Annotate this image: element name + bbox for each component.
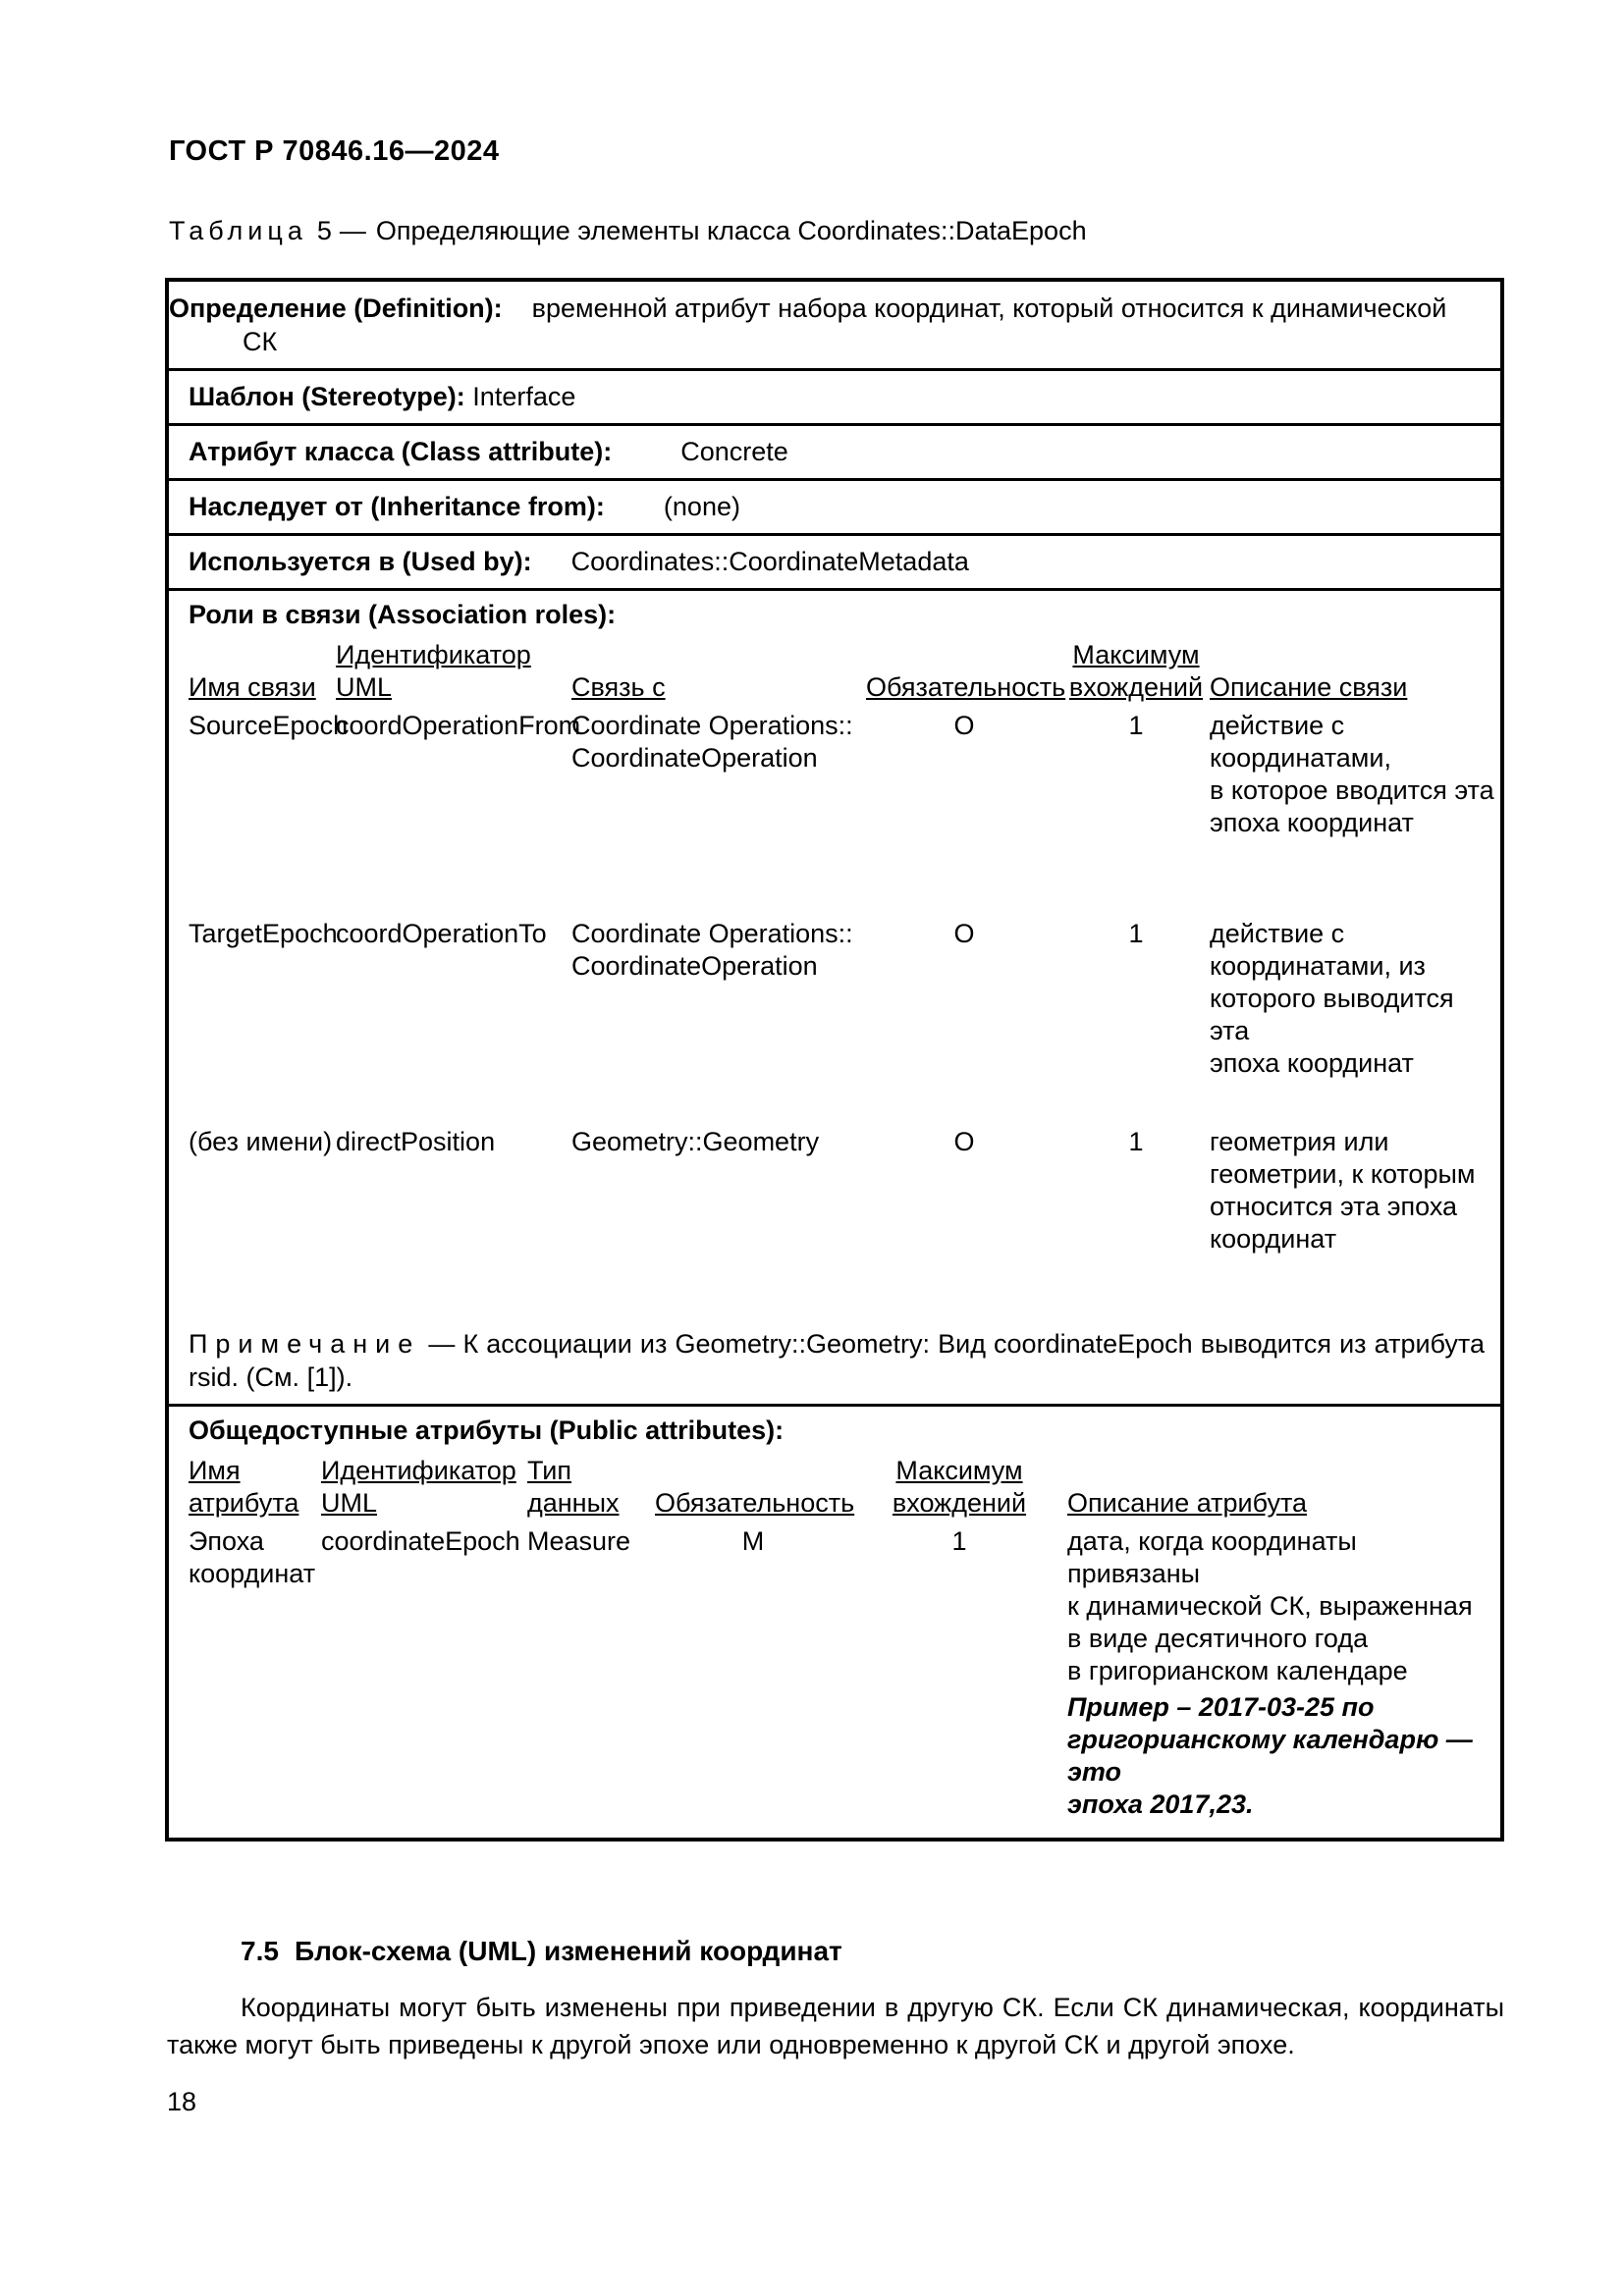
table-caption: Таблица5—Определяющие элементы класса Co… <box>169 216 1087 246</box>
assoc-row-obligation: O <box>866 918 1062 1114</box>
assoc-row-desc: действие с координатами, из которого выв… <box>1210 918 1494 1114</box>
stereotype-value: Interface <box>472 382 575 411</box>
attr-row-desc: дата, когда координаты привязаны к динам… <box>1067 1525 1494 1687</box>
assoc-row-desc: геометрия или геометрии, к которым относ… <box>1210 1126 1494 1283</box>
page-number: 18 <box>167 2087 196 2117</box>
association-header-row: Имя связи Идентификатор UML Связь с Обяз… <box>189 639 1487 704</box>
attributes-section: Общедоступные атрибуты (Public attribute… <box>169 1404 1500 1838</box>
stereotype-label: Шаблон (Stereotype): <box>189 382 465 411</box>
used-by-value: Coordinates::CoordinateMetadata <box>571 547 969 576</box>
assoc-row-name: SourceEpoch <box>189 710 336 906</box>
attr-row-example: Пример – 2017-03-25 по григорианскому ка… <box>1067 1691 1494 1821</box>
attr-row-max: 1 <box>851 1525 1067 1821</box>
body-paragraph: Координаты могут быть изменены при приве… <box>167 1989 1504 2063</box>
assoc-row-obligation: O <box>866 710 1062 906</box>
assoc-row-max: 1 <box>1062 710 1210 906</box>
attr-row-obligation: M <box>655 1525 851 1821</box>
attr-header-uml: Идентификатор UML <box>321 1455 527 1520</box>
document-page: ГОСТ Р 70846.16—2024 Таблица5—Определяющ… <box>0 0 1624 2296</box>
assoc-row-link: Coordinate Operations:: CoordinateOperat… <box>571 918 866 1114</box>
section-number: 7.5 <box>241 1936 279 1966</box>
assoc-row-obligation: O <box>866 1126 1062 1283</box>
assoc-header-name: Имя связи <box>189 671 336 704</box>
stereotype-row: Шаблон (Stereotype): Interface <box>169 368 1500 423</box>
assoc-row-name: (без имени) <box>189 1126 336 1283</box>
assoc-header-obligation: Обязательность <box>866 671 1062 704</box>
inheritance-label: Наследует от (Inheritance from): <box>189 492 605 521</box>
assoc-header-link: Связь с <box>571 671 866 704</box>
assoc-row-link: Coordinate Operations:: CoordinateOperat… <box>571 710 866 906</box>
inheritance-value: (none) <box>664 492 740 521</box>
class-attribute-row: Атрибут класса (Class attribute):Concret… <box>169 423 1500 478</box>
assoc-row-max: 1 <box>1062 1126 1210 1283</box>
assoc-row-name: TargetEpoch <box>189 918 336 1114</box>
attr-row-uml: coordinateEpoch <box>321 1525 527 1821</box>
used-by-label: Используется в (Used by): <box>189 547 532 576</box>
assoc-row-link: Geometry::Geometry <box>571 1126 866 1283</box>
attr-row-name: Эпоха координат <box>189 1525 321 1821</box>
table-caption-number: 5 <box>317 216 332 245</box>
table-caption-title: Определяющие элементы класса Coordinates… <box>376 216 1087 245</box>
assoc-header-max: Максимум вхождений <box>1062 639 1210 704</box>
assoc-row-uml: directPosition <box>336 1126 571 1283</box>
assoc-header-uml: Идентификатор UML <box>336 639 571 704</box>
note-label: Примечание <box>189 1329 420 1359</box>
attr-header-type: Тип данных <box>527 1455 655 1520</box>
section-heading: 7.5Блок-схема (UML) изменений координат <box>241 1936 842 1967</box>
assoc-row-max: 1 <box>1062 918 1210 1114</box>
association-row: TargetEpoch coordOperationTo Coordinate … <box>189 918 1487 1114</box>
attr-header-obligation: Обязательность <box>655 1487 851 1520</box>
used-by-row: Используется в (Used by):Coordinates::Co… <box>169 533 1500 588</box>
definition-label: Определение (Definition): <box>169 294 503 323</box>
definition-row: Определение (Definition):временной атриб… <box>169 282 1500 368</box>
class-attribute-value: Concrete <box>680 437 788 466</box>
association-row: (без имени) directPosition Geometry::Geo… <box>189 1126 1487 1283</box>
main-table: Определение (Definition):временной атриб… <box>165 278 1504 1842</box>
doc-code: ГОСТ Р 70846.16—2024 <box>169 135 499 168</box>
attr-header-desc: Описание атрибута <box>1067 1487 1494 1520</box>
attr-row-desc-cell: дата, когда координаты привязаны к динам… <box>1067 1525 1494 1821</box>
attributes-title: Общедоступные атрибуты (Public attribute… <box>189 1415 1487 1447</box>
association-section: Роли в связи (Association roles): Имя св… <box>169 588 1500 1404</box>
assoc-header-desc: Описание связи <box>1210 671 1494 704</box>
attributes-header-row: Имя атрибута Идентификатор UML Тип данны… <box>189 1455 1487 1520</box>
inheritance-row: Наследует от (Inheritance from):(none) <box>169 478 1500 533</box>
association-title: Роли в связи (Association roles): <box>189 599 1487 631</box>
attr-row-type: Measure <box>527 1525 655 1821</box>
association-note: Примечание — К ассоциации из Geometry::G… <box>189 1327 1487 1394</box>
attribute-row: Эпоха координат coordinateEpoch Measure … <box>189 1525 1487 1821</box>
section-title: Блок-схема (UML) изменений координат <box>295 1936 842 1966</box>
class-attribute-label: Атрибут класса (Class attribute): <box>189 437 612 466</box>
assoc-row-desc: действие с координатами, в которое вводи… <box>1210 710 1494 906</box>
table-caption-word: Таблица <box>169 216 307 245</box>
assoc-row-uml: coordOperationTo <box>336 918 571 1114</box>
attr-header-name: Имя атрибута <box>189 1455 321 1520</box>
table-caption-dash: — <box>340 216 366 245</box>
association-row: SourceEpoch coordOperationFrom Coordinat… <box>189 710 1487 906</box>
attr-header-max: Максимум вхождений <box>851 1455 1067 1520</box>
assoc-row-uml: coordOperationFrom <box>336 710 571 906</box>
